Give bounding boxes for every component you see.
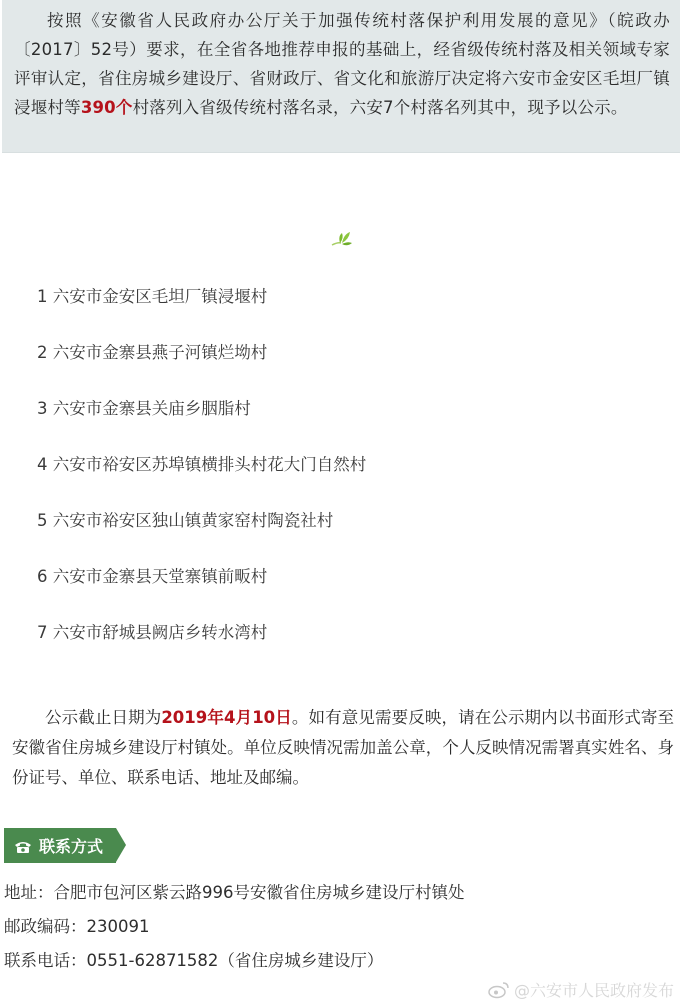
village-item: 5 六安市裕安区独山镇黄家窑村陶瓷社村 <box>37 507 366 563</box>
phone-icon <box>14 839 32 853</box>
contact-info: 地址：合肥市包河区紫云路996号安徽省住房城乡建设厅村镇处 邮政编码：23009… <box>4 876 465 978</box>
contact-address: 地址：合肥市包河区紫云路996号安徽省住房城乡建设厅村镇处 <box>4 876 465 910</box>
intro-paragraph: 按照《安徽省人民政府办公厅关于加强传统村落保护利用发展的意见》（皖政办〔2017… <box>14 6 670 122</box>
notice-paragraph: 公示截止日期为2019年4月10日。如有意见需要反映，请在公示期内以书面形式寄至… <box>12 703 674 793</box>
weibo-icon <box>488 981 510 999</box>
contact-tag: 联系方式 <box>4 828 116 863</box>
leaf-icon <box>329 228 355 248</box>
intro-highlight-count: 390个 <box>81 98 133 117</box>
village-item: 2 六安市金寨县燕子河镇烂坳村 <box>37 339 366 395</box>
notice-deadline: 2019年4月10日 <box>161 708 292 727</box>
intro-text-after: 村落列入省级传统村落名录，六安7个村落名列其中，现予以公示。 <box>133 98 628 117</box>
village-item: 4 六安市裕安区苏埠镇横排头村花大门自然村 <box>37 451 366 507</box>
notice-text-before: 公示截止日期为 <box>45 708 161 727</box>
village-item: 6 六安市金寨县天堂寨镇前畈村 <box>37 563 366 619</box>
village-item: 1 六安市金安区毛坦厂镇浸堰村 <box>37 283 366 339</box>
watermark: @六安市人民政府发布 <box>488 978 674 1001</box>
village-item: 3 六安市金寨县关庙乡胭脂村 <box>37 395 366 451</box>
contact-tag-label: 联系方式 <box>39 834 103 857</box>
village-item: 7 六安市舒城县阙店乡转水湾村 <box>37 619 366 675</box>
intro-box: 按照《安徽省人民政府办公厅关于加强传统村落保护利用发展的意见》（皖政办〔2017… <box>2 0 680 153</box>
contact-postcode: 邮政编码：230091 <box>4 910 465 944</box>
watermark-text: @六安市人民政府发布 <box>514 978 674 1001</box>
contact-phone: 联系电话：0551-62871582（省住房城乡建设厅） <box>4 944 465 978</box>
village-list: 1 六安市金安区毛坦厂镇浸堰村 2 六安市金寨县燕子河镇烂坳村 3 六安市金寨县… <box>37 283 366 675</box>
